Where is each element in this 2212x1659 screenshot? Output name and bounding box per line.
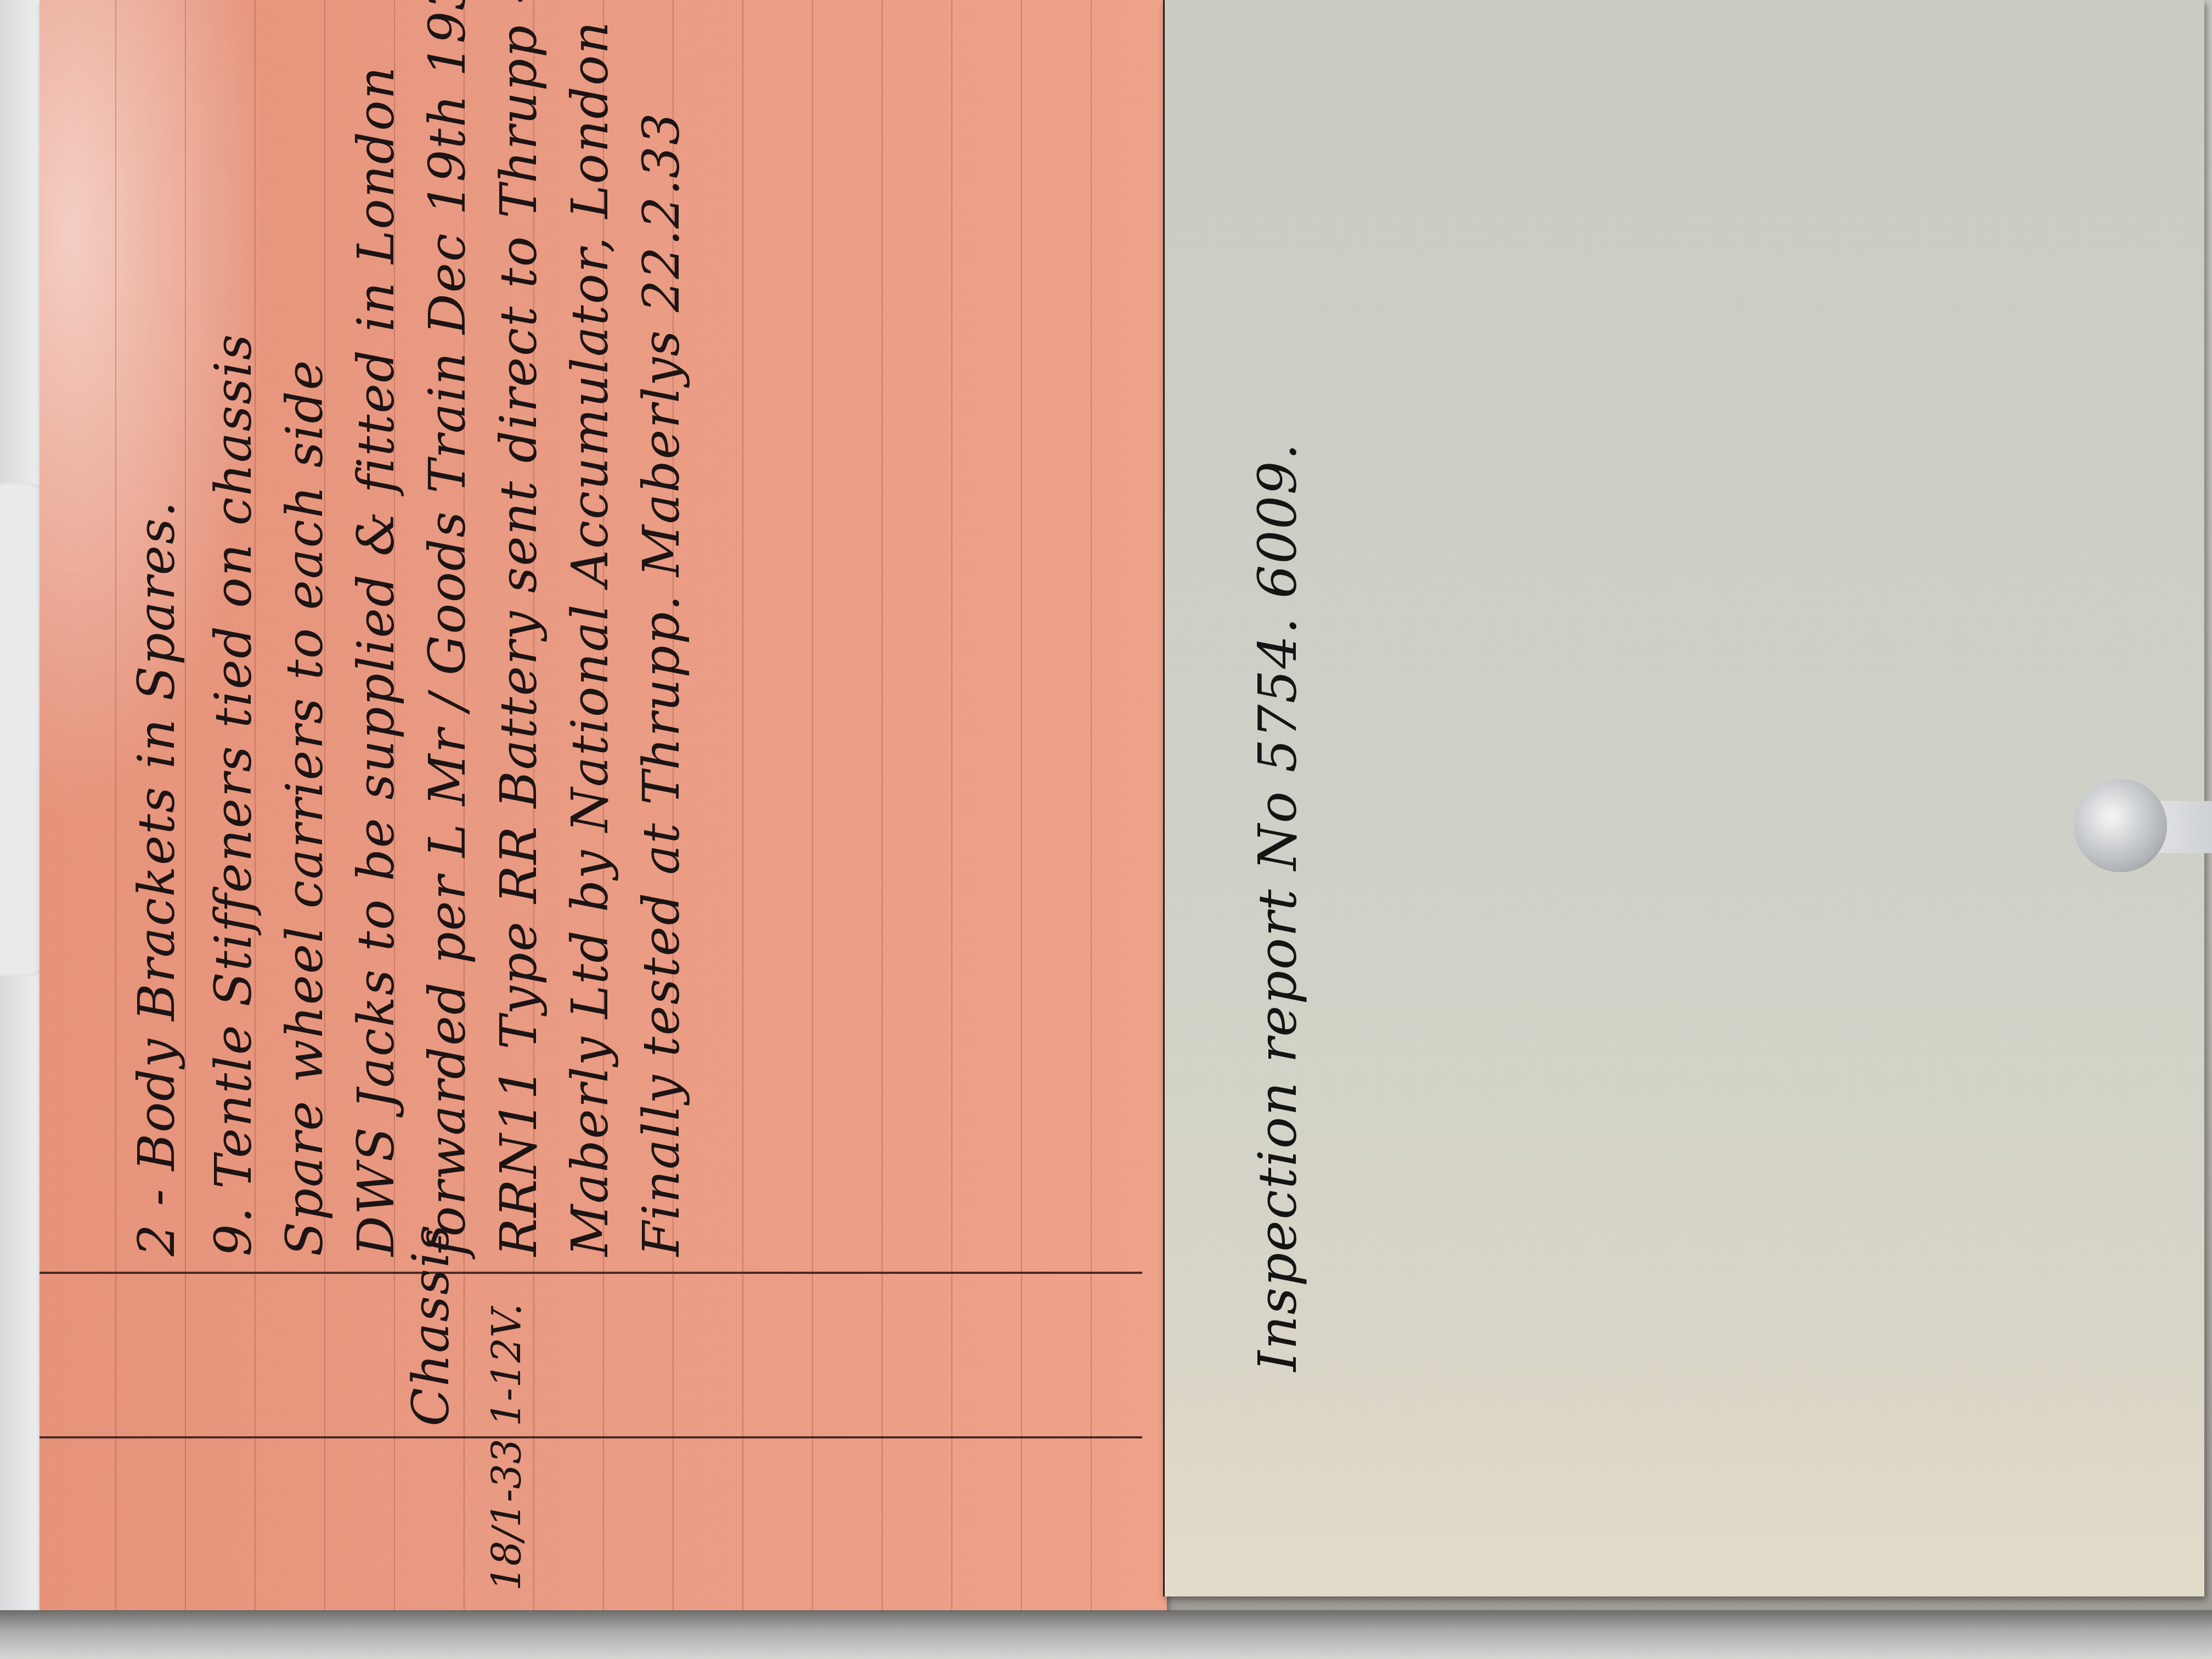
record-line: 2 - Body Brackets in Spares. — [127, 500, 186, 1256]
ruled-line — [742, 0, 743, 1610]
column-divider — [39, 1436, 1142, 1438]
pink-record-card: 2 - Body Brackets in Spares. 9. Tentle S… — [39, 0, 1167, 1610]
record-line: RRN11 Type RR Battery sent direct to Thr… — [489, 0, 548, 1256]
column-divider — [39, 1272, 1142, 1274]
voltage-label: 1-12V. — [484, 1304, 530, 1426]
file-tray-edge — [0, 1610, 2212, 1659]
ruled-line — [1091, 0, 1092, 1610]
ruled-line — [951, 0, 952, 1610]
ruled-line — [115, 0, 116, 1610]
record-line: 9. Tentle Stiffeners tied on chassis — [204, 333, 263, 1256]
inspection-report-text: Inspection report No 5754. 6009. — [1247, 442, 1308, 1372]
record-line: forwarded per L Mr / Goods Train Dec 19t… — [418, 0, 477, 1256]
grey-record-card: Inspection report No 5754. 6009. — [1163, 0, 2204, 1596]
card-hole — [2074, 779, 2167, 872]
ruled-line — [882, 0, 883, 1610]
ruled-line — [1021, 0, 1022, 1610]
category-label: Chassis — [402, 1223, 460, 1426]
record-line: Spare wheel carriers to each side — [275, 359, 334, 1256]
record-line: Finally tested at Thrupp. Maberlys 22.2.… — [632, 112, 691, 1256]
record-line: Maberly Ltd by National Accumulator, Lon… — [561, 20, 619, 1256]
photo-scene: 2 - Body Brackets in Spares. 9. Tentle S… — [0, 0, 2212, 1659]
record-line: DWS Jacks to be supplied & fitted in Lon… — [347, 66, 405, 1256]
date-label: 18/1-33 — [484, 1438, 530, 1591]
ruled-line — [812, 0, 813, 1610]
